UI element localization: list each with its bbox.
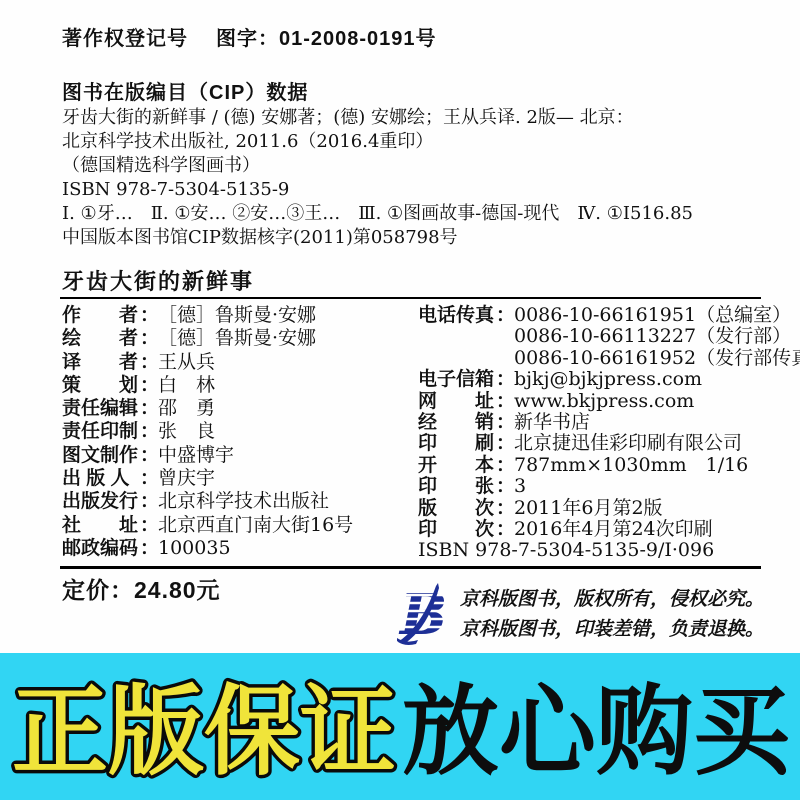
notice-line-copyright: 京科版图书，版权所有，侵权必究。	[460, 584, 764, 614]
divider-rule-top	[60, 297, 761, 299]
colophon-row-planner: 策 划：白 林	[62, 374, 353, 397]
row-value: 新华书店	[514, 411, 590, 433]
row-value: 中盛博宇	[158, 444, 234, 466]
notice-line-returns: 京科版图书，印装差错，负责退换。	[460, 614, 764, 644]
colophon-row-sheets: 印 张：3	[418, 476, 800, 497]
row-value: 邵 勇	[158, 397, 215, 419]
colophon-row-printing: 印 次：2016年4月第24次印刷	[418, 519, 800, 540]
banner-plain-text: 放心购买	[402, 676, 792, 786]
row-value: 0086-10-66161951（总编室）	[514, 304, 791, 326]
row-value: www.bkjpress.com	[514, 390, 694, 412]
colophon-row-author: 作 者：［德］鲁斯曼·安娜	[62, 304, 353, 327]
colophon-row-address: 社 址：北京西直门南大街16号	[62, 514, 353, 537]
book-copyright-page: 著作权登记号图字：01-2008-0191号 图书在版编目（CIP）数据 牙齿大…	[0, 0, 800, 800]
row-value: 787mm×1030mm 1/16	[514, 454, 748, 476]
price-value: 24.80元	[134, 577, 221, 603]
row-label: 图文制作	[62, 444, 140, 467]
book-title: 牙齿大街的新鲜事	[62, 265, 254, 296]
row-label: 责任编辑	[62, 397, 140, 420]
row-label: 经 销	[418, 412, 496, 433]
row-label: 作 者	[62, 304, 140, 327]
row-value: 白 林	[158, 374, 215, 396]
row-value: 北京科学技术出版社	[158, 490, 329, 512]
colophon-row-website: 网 址：www.bkjpress.com	[418, 391, 800, 412]
cip-line: （德国精选科学图画书）	[62, 154, 772, 178]
colophon-row-editor: 责任编辑：邵 勇	[62, 397, 353, 420]
row-label: 版 次	[418, 498, 496, 519]
row-label: 印 次	[418, 519, 496, 540]
registration-label: 著作权登记号	[62, 28, 188, 50]
cip-line: 北京科学技术出版社, 2011.6（2016.4重印）	[62, 130, 772, 154]
colophon-row-publisher: 出版发行：北京科学技术出版社	[62, 490, 353, 513]
row-label: 社 址	[62, 514, 140, 537]
colophon-left-column: 作 者：［德］鲁斯曼·安娜 绘 者：［德］鲁斯曼·安娜 译 者：王从兵 策 划：…	[62, 304, 353, 560]
colophon-row-translator: 译 者：王从兵	[62, 351, 353, 374]
colophon-right-column: 电话传真：0086-10-66161951（总编室） 0086-10-66113…	[418, 305, 800, 562]
isbn-number: ISBN 978-7-5304-5135-9/I·096	[418, 539, 714, 561]
row-value: 0086-10-66161952（发行部传真）	[514, 347, 800, 369]
colophon-row-distributor: 经 销：新华书店	[418, 412, 800, 433]
row-label: 网 址	[418, 391, 496, 412]
publisher-notice: B 京科版图书，版权所有，侵权必究。 京科版图书，印装差错，负责退换。	[396, 582, 764, 646]
row-value: bjkj@bjkjpress.com	[514, 368, 702, 390]
row-label: 译 者	[62, 351, 140, 374]
cip-line-record-number: 中国版本图书馆CIP数据核字(2011)第058798号	[62, 226, 772, 250]
row-value: ［德］鲁斯曼·安娜	[158, 327, 316, 349]
row-label: 印 刷	[418, 433, 496, 454]
colophon-row-edition: 版 次：2011年6月第2版	[418, 498, 800, 519]
divider-rule-bottom	[60, 566, 761, 569]
row-label: 电子信箱	[418, 369, 496, 390]
row-label: 邮政编码	[62, 537, 140, 560]
row-value: 3	[514, 475, 526, 497]
colophon-row-isbn: ISBN 978-7-5304-5135-9/I·096	[418, 540, 800, 561]
cip-line-classification: Ⅰ. ①牙… Ⅱ. ①安… ②安…③王… Ⅲ. ①图画故事-德国-现代 Ⅳ. ①…	[62, 202, 772, 226]
row-value: 北京捷迅佳彩印刷有限公司	[514, 432, 742, 454]
cip-data-block: 牙齿大街的新鲜事 / (德) 安娜著；(德) 安娜绘；王从兵译. 2版— 北京：…	[62, 106, 772, 250]
row-value: 张 良	[158, 420, 215, 442]
row-label: 出 版 人	[62, 467, 140, 490]
row-value: 曾庆宇	[158, 467, 215, 489]
colophon-row-print-supervisor: 责任印制：张 良	[62, 420, 353, 443]
banner-graphic: 正版保证 放心购买	[0, 653, 800, 800]
row-value: 2011年6月第2版	[514, 497, 663, 519]
cip-heading: 图书在版编目（CIP）数据	[62, 76, 308, 105]
row-label: 策 划	[62, 374, 140, 397]
colophon-row-printer: 印 刷：北京捷迅佳彩印刷有限公司	[418, 433, 800, 454]
colophon-row-phone-fax: 电话传真：0086-10-66161951（总编室）	[418, 305, 800, 326]
row-value: ［德］鲁斯曼·安娜	[158, 304, 316, 326]
colophon-row-format: 开 本：787mm×1030mm 1/16	[418, 455, 800, 476]
row-value: 王从兵	[158, 351, 215, 373]
genuine-guarantee-banner: 正版保证 放心购买	[0, 653, 800, 800]
colophon-row-postcode: 邮政编码：100035	[62, 537, 353, 560]
row-label: 开 本	[418, 455, 496, 476]
cip-line-isbn: ISBN 978-7-5304-5135-9	[62, 178, 772, 202]
colophon-row-layout: 图文制作：中盛博宇	[62, 444, 353, 467]
row-value: 北京西直门南大街16号	[158, 514, 353, 536]
registration-number: 图字：01-2008-0191号	[216, 28, 437, 50]
cip-line: 牙齿大街的新鲜事 / (德) 安娜著；(德) 安娜绘；王从兵译. 2版— 北京：	[62, 106, 772, 130]
colophon-row-email: 电子信箱：bjkj@bjkjpress.com	[418, 369, 800, 390]
banner-highlight-text: 正版保证	[12, 676, 396, 786]
copyright-registration-line: 著作权登记号图字：01-2008-0191号	[62, 22, 437, 51]
colophon-row-phone-fax-2: 0086-10-66113227（发行部）	[418, 326, 800, 347]
row-value: 0086-10-66113227（发行部）	[514, 325, 791, 347]
colophon-row-phone-fax-3: 0086-10-66161952（发行部传真）	[418, 348, 800, 369]
publisher-notice-text: 京科版图书，版权所有，侵权必究。 京科版图书，印装差错，负责退换。	[460, 584, 764, 644]
row-value: 2016年4月第24次印刷	[514, 518, 713, 540]
row-label: 印 张	[418, 476, 496, 497]
row-label: 电话传真	[418, 305, 496, 326]
svg-text:B: B	[398, 582, 446, 646]
row-value: 100035	[158, 537, 231, 559]
row-label: 绘 者	[62, 327, 140, 350]
colophon-row-illustrator: 绘 者：［德］鲁斯曼·安娜	[62, 327, 353, 350]
row-label: 责任印制	[62, 420, 140, 443]
row-label: 出版发行	[62, 490, 140, 513]
colophon-row-publisher-person: 出 版 人：曾庆宇	[62, 467, 353, 490]
publisher-logo-icon: B	[396, 582, 446, 646]
price-label: 定价：	[62, 577, 134, 603]
price-line: 定价：24.80元	[62, 572, 221, 605]
